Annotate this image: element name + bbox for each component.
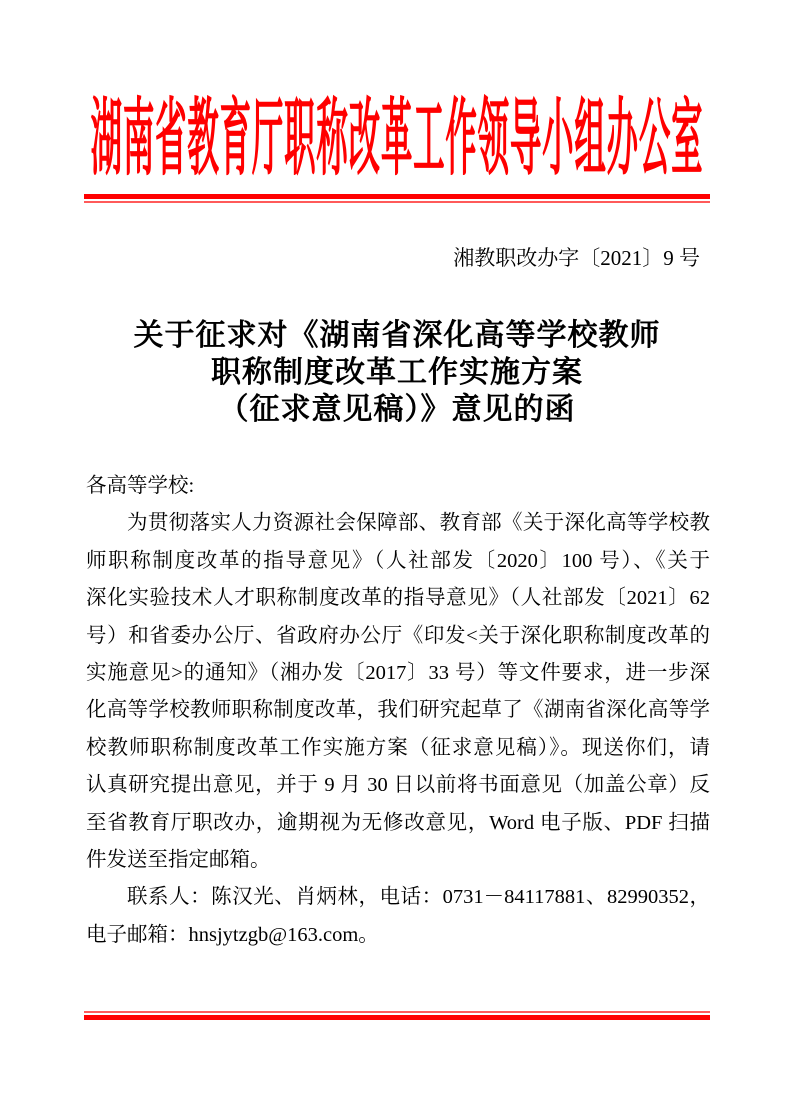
red-letterhead: 湖南省教育厅职称改革工作领导小组办公室 — [0, 96, 794, 184]
body-line: 认真研究提出意见，并于 9 月 30 日以前将书面意见（加盖公章）反馈 — [86, 767, 710, 804]
footer-divider-thin-line — [84, 1011, 710, 1013]
document-title-line-2: 职称制度改革工作实施方案 — [0, 354, 794, 391]
body-line: 深化实验技术人才职称制度改革的指导意见》（人社部发〔2021〕62 — [86, 580, 710, 617]
footer-divider-line — [84, 1011, 710, 1020]
footer-divider-thick-line — [84, 1015, 710, 1020]
contact-person-line: 联系人：陈汉光、肖炳林，电话：0731－84117881、82990352， — [86, 879, 710, 916]
body-line: 实施意见>的通知》（湘办发〔2017〕33 号）等文件要求，进一步深 — [86, 655, 710, 692]
document-body: 各高等学校: 为贯彻落实人力资源社会保障部、教育部《关于深化高等学校教 师职称制… — [86, 468, 710, 954]
header-divider-thick-line — [84, 194, 710, 199]
header-divider-line — [84, 194, 710, 203]
contact-email-line: 电子邮箱：hnsjytzgb@163.com。 — [86, 917, 710, 954]
body-line: 化高等学校教师职称制度改革，我们研究起草了《湖南省深化高等学 — [86, 692, 710, 729]
document-title: 关于征求对《湖南省深化高等学校教师 职称制度改革工作实施方案 （征求意见稿）》意… — [0, 317, 794, 428]
issuing-organization-title: 湖南省教育厅职称改革工作领导小组办公室 — [91, 98, 704, 182]
body-line: 师职称制度改革的指导意见》（人社部发〔2020〕100 号）、《关于 — [86, 543, 710, 580]
header-divider-thin-line — [84, 201, 710, 203]
body-line: 校教师职称制度改革工作实施方案（征求意见稿）》。现送你们，请 — [86, 730, 710, 767]
body-line: 至省教育厅职改办，逾期视为无修改意见，Word 电子版、PDF 扫描 — [86, 805, 710, 842]
document-reference-number: 湘教职改办字〔2021〕9 号 — [86, 245, 706, 271]
document-title-line-3: （征求意见稿）》意见的函 — [0, 391, 794, 428]
body-line: 号）和省委办公厅、省政府办公厅《印发<关于深化职称制度改革的 — [86, 618, 710, 655]
body-line: 件发送至指定邮箱。 — [86, 842, 710, 879]
body-line: 为贯彻落实人力资源社会保障部、教育部《关于深化高等学校教 — [86, 505, 710, 542]
salutation: 各高等学校: — [86, 468, 710, 505]
document-title-line-1: 关于征求对《湖南省深化高等学校教师 — [0, 317, 794, 354]
official-document-page: 湖南省教育厅职称改革工作领导小组办公室 湘教职改办字〔2021〕9 号 关于征求… — [0, 0, 794, 1108]
